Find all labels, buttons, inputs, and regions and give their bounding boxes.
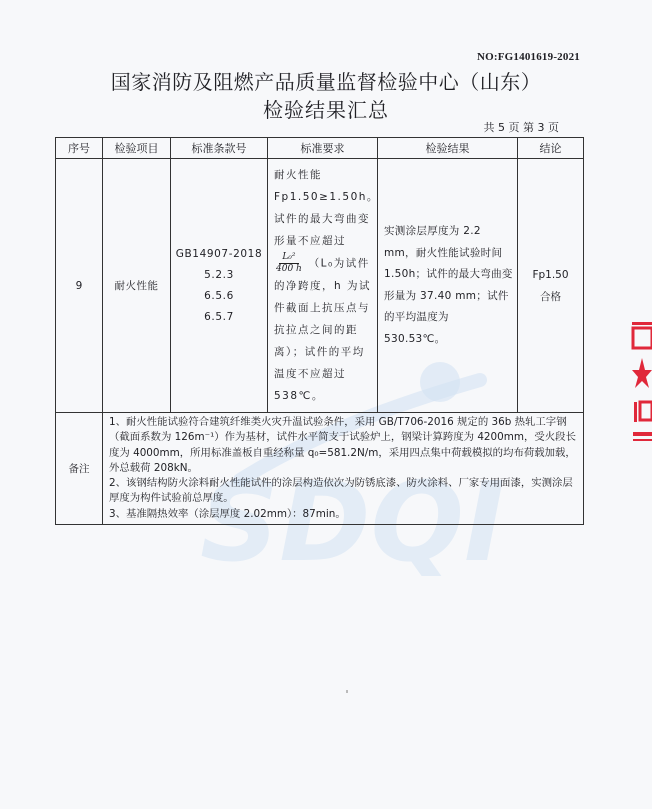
requirement-text-2: （L₀为试件的净跨度，h 为试件截面上抗压点与抗拉点之间的距离）；试件的平均温度… — [274, 258, 371, 403]
clause-2: 6.5.6 — [171, 286, 267, 307]
results-table: 序号 检验项目 标准条款号 标准要求 检验结果 结论 9 耐火性能 GB1490… — [55, 137, 584, 525]
table-row: 9 耐火性能 GB14907-2018 5.2.3 6.5.6 6.5.7 耐火… — [56, 159, 584, 413]
formula-denominator: 400 h — [276, 264, 302, 275]
remark-3: 3、基准隔热效率（涂层厚度 2.02mm）：87min。 — [109, 507, 579, 522]
column-header-conclusion: 结论 — [518, 138, 584, 159]
column-header-index: 序号 — [56, 138, 103, 159]
formula-numerator: L₀² — [279, 252, 298, 264]
red-seal-stamp — [630, 320, 652, 450]
row-item: 耐火性能 — [103, 159, 171, 413]
column-header-result: 检验结果 — [378, 138, 518, 159]
document-page: SDQI NO:FG1401619-2021 国家消防及阻燃产品质量监督检验中心… — [0, 0, 652, 809]
row-standard-clauses: GB14907-2018 5.2.3 6.5.6 6.5.7 — [171, 159, 268, 413]
column-header-requirement: 标准要求 — [268, 138, 378, 159]
clause-3: 6.5.7 — [171, 307, 267, 328]
column-header-item: 检验项目 — [103, 138, 171, 159]
conclusion-verdict: 合格 — [518, 286, 583, 308]
scan-speck — [346, 690, 348, 693]
clause-1: 5.2.3 — [171, 265, 267, 286]
deflection-formula: L₀² 400 h — [276, 252, 302, 275]
conclusion-rating: Fp1.50 — [518, 264, 583, 286]
page-info: 共 5 页 第 3 页 — [484, 119, 559, 135]
row-result: 实测涂层厚度为 2.2 mm，耐火性能试验时间 1.50h；试件的最大弯曲变形量… — [378, 159, 518, 413]
remark-2: 2、该钢结构防火涂料耐火性能试件的涂层构造依次为防锈底漆、防火涂料、厂家专用面漆… — [109, 476, 579, 507]
row-conclusion: Fp1.50 合格 — [518, 159, 584, 413]
document-title: 国家消防及阻燃产品质量监督检验中心（山东） — [0, 66, 652, 95]
remarks-label: 备注 — [56, 413, 103, 525]
remark-1: 1、耐火性能试验符合建筑纤维类火灾升温试验条件，采用 GB/T706-2016 … — [109, 415, 579, 476]
document-number: NO:FG1401619-2021 — [477, 51, 580, 63]
column-header-clause: 标准条款号 — [171, 138, 268, 159]
table-header-row: 序号 检验项目 标准条款号 标准要求 检验结果 结论 — [56, 138, 584, 159]
row-requirement: 耐火性能 Fp1.50≥1.50h。试件的最大弯曲变形量不应超过 L₀² 400… — [268, 159, 378, 413]
clause-standard: GB14907-2018 — [171, 244, 267, 265]
row-index: 9 — [56, 159, 103, 413]
remarks-row: 备注 1、耐火性能试验符合建筑纤维类火灾升温试验条件，采用 GB/T706-20… — [56, 413, 584, 525]
requirement-text-1: 耐火性能 Fp1.50≥1.50h。试件的最大弯曲变形量不应超过 — [274, 169, 379, 247]
remarks-content: 1、耐火性能试验符合建筑纤维类火灾升温试验条件，采用 GB/T706-2016 … — [103, 413, 584, 525]
